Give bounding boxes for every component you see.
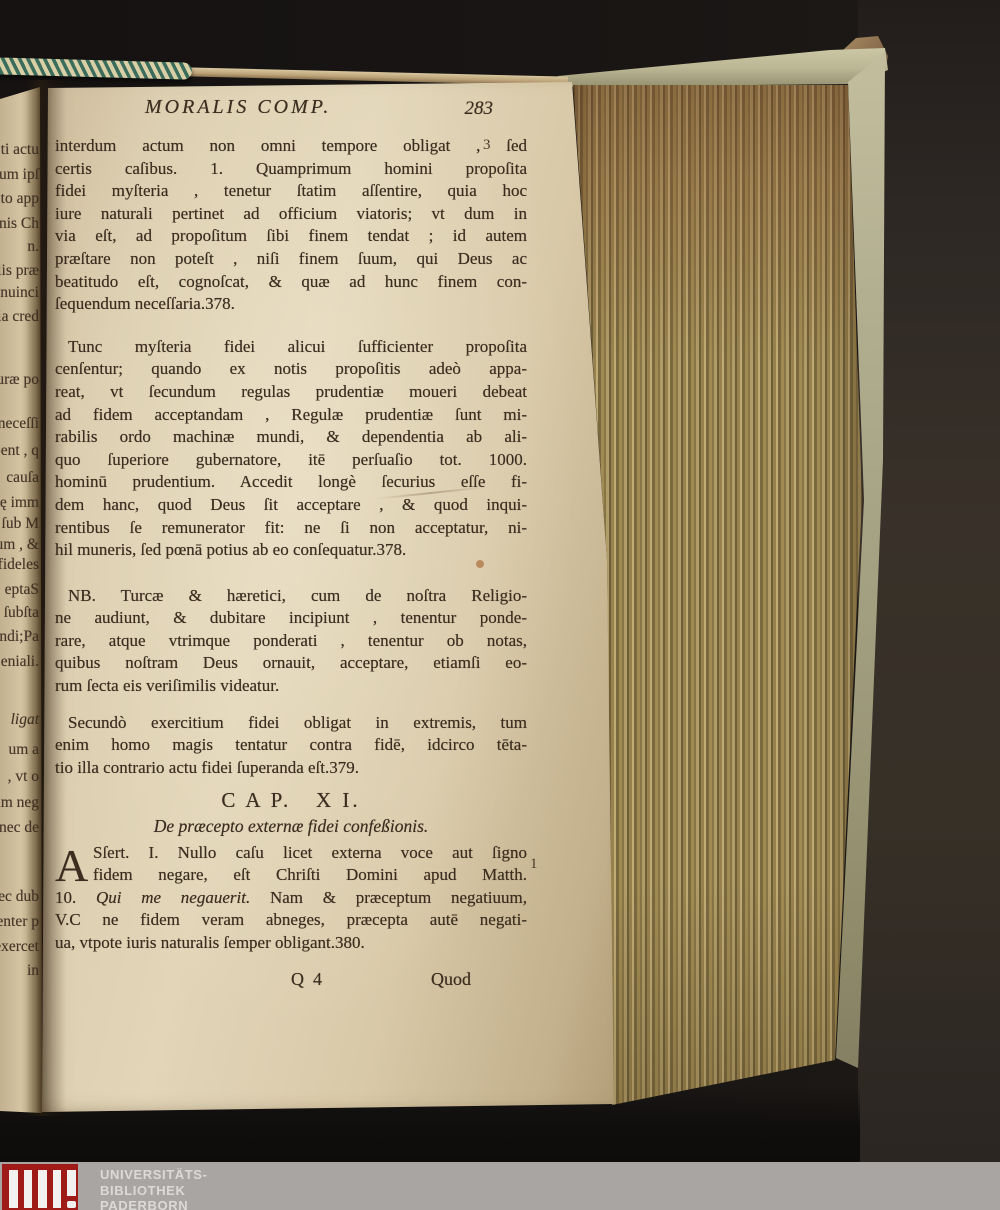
left-page-text-fragment: ſuræ po	[0, 371, 39, 389]
left-page-text-fragment: eptaS	[5, 581, 39, 599]
left-page-text-fragment: inis Ch	[0, 215, 39, 233]
left-page-text-fragment: exercet	[0, 938, 39, 956]
logo-bar	[9, 1170, 18, 1208]
drop-cap: A	[55, 845, 88, 887]
left-page-text-fragment: dum ipſ	[0, 166, 39, 184]
text-line: dem hanc, quod Deus ſit acceptare , & qu…	[55, 494, 527, 517]
text-line: cenſentur; quando ex notis propoſitis ad…	[55, 358, 527, 381]
text-line: ad fidem acceptandam , Regulæ prudentiæ …	[55, 404, 527, 427]
text-line: reat, vt ſecundum regulas prudentiæ moue…	[55, 381, 527, 404]
left-page-text-fragment: um , &	[0, 536, 39, 554]
text-line: tio illa contrario actu fidei ſuperanda …	[55, 757, 527, 780]
library-name-line: BIBLIOTHEK	[100, 1183, 207, 1199]
library-name: UNIVERSITÄTS- BIBLIOTHEK PADERBORN	[100, 1167, 207, 1210]
left-page-text-fragment: neceſſi	[0, 415, 39, 433]
text-line: rentibus ſe remunerator fit: ne ſi non a…	[55, 517, 527, 540]
left-page-text-fragment: in	[27, 962, 39, 980]
left-page-text-fragment: inuinci	[0, 284, 39, 302]
text-line: ſequendum neceſſaria.378.	[55, 293, 527, 316]
book-photo-stage: ti actu dum ipſ cto app inis Ch n. llis …	[0, 0, 1000, 1210]
text-line: fidem negare, eſt Chriſti Domini apud Ma…	[55, 864, 527, 887]
quire-signature: Q 4	[291, 968, 322, 991]
ub-paderborn-logo-icon	[2, 1164, 78, 1210]
text-line: Secundò exercitium fidei obligat in extr…	[55, 712, 527, 735]
text-line: certis caſibus. 1. Quamprimum homini pro…	[55, 158, 527, 181]
library-logo-band: UNIVERSITÄTS- BIBLIOTHEK PADERBORN	[0, 1162, 1000, 1210]
paragraph: Secundò exercitium fidei obligat in extr…	[55, 712, 527, 780]
left-page-text-fragment: enter p	[0, 913, 39, 931]
paragraph: Tunc myſteria fidei alicui ſufficienter …	[55, 336, 527, 562]
book-cover-top-edge	[552, 42, 892, 88]
left-page-sliver: ti actu dum ipſ cto app inis Ch n. llis …	[0, 85, 42, 1117]
library-name-line: UNIVERSITÄTS-	[100, 1167, 207, 1183]
text-line: enim homo magis tentatur contra fidē, id…	[55, 734, 527, 757]
text-line: ua, vtpote iuris naturalis ſemper obliga…	[55, 932, 527, 955]
text-line: Tunc myſteria fidei alicui ſufficienter …	[55, 336, 527, 359]
left-page-text-fragment: cauſa	[6, 469, 39, 487]
paragraph: interdum actum non omni tempore obligat …	[55, 135, 527, 316]
running-title: MORALIS COMP.	[145, 96, 331, 119]
logo-exclamation-bar	[67, 1170, 76, 1196]
text-line: fidei myſteria , tenetur ſtatim aſſentir…	[55, 180, 527, 203]
left-page-text-fragment: nec dub	[0, 888, 39, 906]
text-line: rabilis ordo machinæ mundi, & dependenti…	[55, 426, 527, 449]
left-page-text-fragment: ſia cred	[0, 308, 39, 326]
text-line: beatitudo eſt, cognoſcat, & quæ ad hunc …	[55, 271, 527, 294]
text-segment: Nam & præceptum negatiuum,	[250, 888, 527, 907]
page-header: MORALIS COMP. 283	[55, 96, 527, 128]
chapter-subtitle: De præcepto externæ fidei confeßionis.	[55, 815, 527, 838]
left-page-text-fragment: oent , q	[0, 442, 39, 460]
text-line: ne audiunt, & dubitare incipiunt , tenen…	[55, 607, 527, 630]
text-line: interdum actum non omni tempore obligat …	[55, 135, 527, 158]
text-line: quo ſuperiore gubernatore, itē perſuaſio…	[55, 449, 527, 472]
left-page-text-fragment: fideles	[0, 556, 39, 574]
left-page-text-fragment: ti actu	[1, 141, 39, 159]
page-number: 283	[465, 98, 494, 121]
left-page-text-fragment: um a	[8, 741, 39, 759]
margin-note: 1	[530, 856, 538, 873]
text-line: hominū prudentium. Accedit longè ſecuriu…	[55, 471, 527, 494]
left-page-text-fragment: um neg	[0, 794, 39, 812]
left-page-text-fragment: nę imm	[0, 494, 39, 512]
text-line: hil muneris, ſed pœnā potius ab eo conſe…	[55, 539, 527, 562]
text-segment: 10.	[55, 888, 96, 907]
left-page-text-fragment: nec de	[0, 819, 39, 837]
left-page-text-fragment: ſubſta	[4, 604, 39, 622]
text-line: quibus noſtram Deus ornauit, acceptare, …	[55, 652, 527, 675]
logo-bar	[38, 1170, 47, 1208]
text-line: rum ſecta eis veriſimilis videatur.	[55, 675, 527, 698]
left-page-text-fragment: cto app	[0, 190, 39, 208]
paragraph: NB. Turcæ & hæretici, cum de noſtra Reli…	[55, 585, 527, 698]
book-headband	[0, 57, 192, 80]
left-page-text-fragment: eniali.	[1, 653, 39, 671]
left-page-text-fragment: ndi;Pa	[0, 628, 39, 646]
logo-bar	[24, 1170, 33, 1208]
left-page-text-fragment: n.	[27, 238, 39, 256]
left-page-text-fragment: , vt o	[8, 768, 39, 786]
left-page-text-fragment: llis præ	[0, 262, 39, 280]
signature-line: Q 4 Quod	[55, 968, 527, 991]
chapter-heading: C A P. X I.	[55, 789, 527, 812]
library-name-line: PADERBORN	[100, 1198, 207, 1210]
catchword: Quod	[431, 968, 471, 991]
paragraph: A Sſert. I. Nullo caſu licet externa voc…	[55, 842, 527, 955]
text-column: MORALIS COMP. 283 interdum actum non omn…	[55, 96, 527, 990]
text-line: via eſt, ad propoſitum ſibi finem tendat…	[55, 225, 527, 248]
text-line: iure naturali pertinet ad officium viato…	[55, 203, 527, 226]
left-page-text-fragment: ſub M	[2, 515, 39, 533]
text-segment-italic: Qui me negauerit.	[96, 888, 250, 907]
left-page-text-fragment: ligat	[11, 711, 39, 729]
book-page-recto: 3 1 MORALIS COMP. 283 interdum actum non…	[38, 78, 618, 1118]
logo-exclamation-dot	[67, 1201, 76, 1208]
text-line: 10. Qui me negauerit. Nam & præceptum ne…	[55, 887, 527, 910]
text-line: Sſert. I. Nullo caſu licet externa voce …	[55, 842, 527, 865]
text-line: V.C ne fidem veram abneges, præcepta aut…	[55, 909, 527, 932]
text-line: NB. Turcæ & hæretici, cum de noſtra Reli…	[55, 585, 527, 608]
text-line: rare, atque vtrimque ponderati , tenentu…	[55, 630, 527, 653]
logo-bar	[53, 1170, 62, 1208]
text-line: præſtare non poteſt , niſi finem ſuum, q…	[55, 248, 527, 271]
